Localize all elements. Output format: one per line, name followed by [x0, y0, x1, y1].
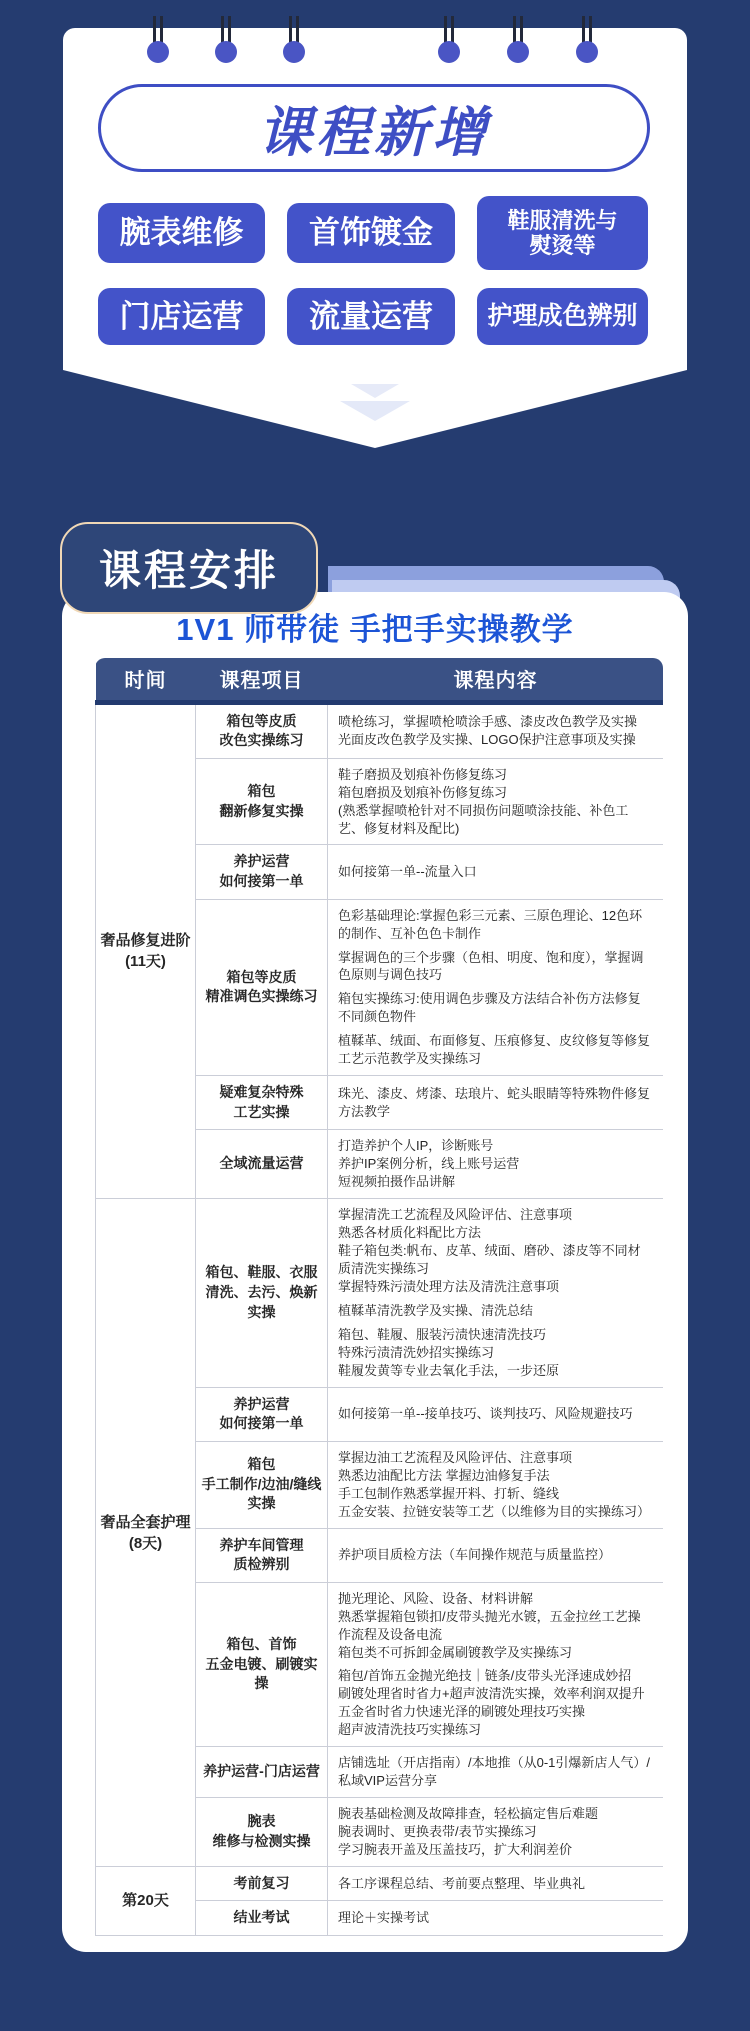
course-content-paragraph: 如何接第一单--接单技巧、谈判技巧、风险规避技巧	[338, 1405, 651, 1423]
course-item-cell: 养护运营 如何接第一单	[196, 1387, 328, 1441]
course-tag: 腕表维修	[98, 203, 265, 263]
course-content-paragraph: 喷枪练习，掌握喷枪喷涂手感、漆皮改色教学及实操 光面皮改色教学及实操、LOGO保…	[338, 713, 651, 749]
course-content-cell: 鞋子磨损及划痕补伤修复练习 箱包磨损及划痕补伤修复练习 (熟悉掌握喷枪针对不同损…	[328, 758, 664, 845]
course-item-cell: 疑难复杂特殊 工艺实操	[196, 1076, 328, 1130]
course-content-paragraph: 色彩基础理论:掌握色彩三元素、三原色理论、12色环的制作、互补色色卡制作	[338, 907, 651, 943]
binder-pin-icon	[576, 16, 598, 63]
schedule-card: 1V1 师带徒 手把手实操教学 时间 课程项目 课程内容 奢品修复进阶 (11天…	[62, 592, 688, 1952]
new-course-tags: 腕表维修首饰镀金鞋服清洗与 熨烫等门店运营流量运营护理成色辨别	[98, 196, 650, 346]
course-content-cell: 各工序课程总结、考前要点整理、毕业典礼	[328, 1866, 664, 1901]
table-row: 第20天考前复习各工序课程总结、考前要点整理、毕业典礼	[96, 1866, 664, 1901]
binder-pin-icon	[507, 16, 529, 63]
course-tag: 鞋服清洗与 熨烫等	[477, 196, 648, 270]
schedule-table-body: 奢品修复进阶 (11天)箱包等皮质 改色实操练习喷枪练习，掌握喷枪喷涂手感、漆皮…	[96, 702, 664, 1936]
binder-pin-icon	[147, 16, 169, 63]
course-content-paragraph: 各工序课程总结、考前要点整理、毕业典礼	[338, 1875, 651, 1893]
course-content-cell: 店铺选址（开店指南）/本地推（从0-1引爆新店人气）/私域VIP运营分享	[328, 1747, 664, 1798]
course-content-cell: 喷枪练习，掌握喷枪喷涂手感、漆皮改色教学及实操 光面皮改色教学及实操、LOGO保…	[328, 702, 664, 758]
course-item-cell: 箱包等皮质 精准调色实操练习	[196, 899, 328, 1076]
course-content-cell: 养护项目质检方法（车间操作规范与质量监控）	[328, 1528, 664, 1582]
course-item-cell: 箱包、鞋服、衣服 清洗、去污、焕新 实操	[196, 1199, 328, 1387]
course-item-cell: 考前复习	[196, 1866, 328, 1901]
binder-pin-icon	[215, 16, 237, 63]
chevron-down-icon	[340, 401, 410, 421]
course-content-paragraph: 植鞣革清洗教学及实操、清洗总结	[338, 1302, 651, 1320]
table-row: 奢品全套护理 (8天)箱包、鞋服、衣服 清洗、去污、焕新 实操掌握清洗工艺流程及…	[96, 1199, 664, 1387]
course-content-paragraph: 打造养护个人IP，诊断账号 养护IP案例分析，线上账号运营 短视频拍摄作品讲解	[338, 1137, 651, 1191]
course-content-paragraph: 养护项目质检方法（车间操作规范与质量监控）	[338, 1546, 651, 1564]
course-content-cell: 打造养护个人IP，诊断账号 养护IP案例分析，线上账号运营 短视频拍摄作品讲解	[328, 1130, 664, 1199]
time-cell: 奢品修复进阶 (11天)	[96, 702, 196, 1199]
course-item-cell: 养护运营-门店运营	[196, 1747, 328, 1798]
header-course-content: 课程内容	[328, 658, 664, 702]
binder-pin-icon	[438, 16, 460, 63]
course-item-cell: 箱包 翻新修复实操	[196, 758, 328, 845]
course-content-paragraph: 珠光、漆皮、烤漆、珐琅片、蛇头眼睛等特殊物件修复方法教学	[338, 1085, 651, 1121]
course-content-cell: 掌握边油工艺流程及风险评估、注意事项 熟悉边油配比方法 掌握边油修复手法 手工包…	[328, 1441, 664, 1528]
course-content-paragraph: 箱包实操练习:使用调色步骤及方法结合补伤方法修复不同颜色物件	[338, 990, 651, 1026]
header-time: 时间	[96, 658, 196, 702]
course-content-paragraph: 抛光理论、风险、设备、材料讲解 熟悉掌握箱包锁扣/皮带头抛光水镀，五金拉丝工艺操…	[338, 1590, 651, 1662]
course-content-cell: 如何接第一单--流量入口	[328, 845, 664, 899]
course-item-cell: 箱包、首饰 五金电镀、刷镀实操	[196, 1582, 328, 1747]
course-content-paragraph: 植鞣革、绒面、布面修复、压痕修复、皮纹修复等修复工艺示范教学及实操练习	[338, 1032, 651, 1068]
course-content-cell: 抛光理论、风险、设备、材料讲解 熟悉掌握箱包锁扣/皮带头抛光水镀，五金拉丝工艺操…	[328, 1582, 664, 1747]
table-row: 奢品修复进阶 (11天)箱包等皮质 改色实操练习喷枪练习，掌握喷枪喷涂手感、漆皮…	[96, 702, 664, 758]
course-content-paragraph: 掌握边油工艺流程及风险评估、注意事项 熟悉边油配比方法 掌握边油修复手法 手工包…	[338, 1449, 651, 1521]
course-item-cell: 箱包等皮质 改色实操练习	[196, 702, 328, 758]
time-cell: 奢品全套护理 (8天)	[96, 1199, 196, 1867]
schedule-badge-label: 课程安排	[99, 538, 279, 598]
course-content-cell: 掌握清洗工艺流程及风险评估、注意事项 熟悉各材质化料配比方法 鞋子箱包类:帆布、…	[328, 1199, 664, 1387]
course-tag: 首饰镀金	[287, 203, 455, 263]
course-content-paragraph: 掌握调色的三个步骤（色相、明度、饱和度），掌握调色原则与调色技巧	[338, 949, 651, 985]
course-item-cell: 全域流量运营	[196, 1130, 328, 1199]
course-content-cell: 珠光、漆皮、烤漆、珐琅片、蛇头眼睛等特殊物件修复方法教学	[328, 1076, 664, 1130]
course-item-cell: 养护运营 如何接第一单	[196, 845, 328, 899]
course-tag: 流量运营	[287, 288, 455, 345]
course-content-cell: 色彩基础理论:掌握色彩三元素、三原色理论、12色环的制作、互补色色卡制作掌握调色…	[328, 899, 664, 1076]
schedule-table-wrap: 时间 课程项目 课程内容 奢品修复进阶 (11天)箱包等皮质 改色实操练习喷枪练…	[95, 658, 663, 1936]
course-tag: 门店运营	[98, 288, 265, 345]
course-content-paragraph: 店铺选址（开店指南）/本地推（从0-1引爆新店人气）/私域VIP运营分享	[338, 1754, 651, 1790]
course-item-cell: 腕表 维修与检测实操	[196, 1798, 328, 1867]
binder-pin-icon	[283, 16, 305, 63]
course-item-cell: 养护车间管理 质检辨别	[196, 1528, 328, 1582]
header-course-item: 课程项目	[196, 658, 328, 702]
course-item-cell: 箱包 手工制作/边油/缝线 实操	[196, 1441, 328, 1528]
course-content-cell: 腕表基础检测及故障排查，轻松搞定售后难题 腕表调时、更换表带/表节实操练习 学习…	[328, 1798, 664, 1867]
new-courses-title-box: 课程新增	[98, 84, 650, 172]
chevron-down-icon	[351, 384, 399, 398]
course-content-paragraph: 如何接第一单--流量入口	[338, 863, 651, 881]
schedule-badge: 课程安排	[60, 522, 318, 614]
course-poster: { "colors": { "background_navy": "#253C7…	[0, 0, 750, 2031]
course-item-cell: 结业考试	[196, 1901, 328, 1936]
new-courses-title: 课程新增	[258, 90, 490, 167]
course-content-cell: 如何接第一单--接单技巧、谈判技巧、风险规避技巧	[328, 1387, 664, 1441]
course-content-paragraph: 箱包、鞋履、服装污渍快速清洗技巧 特殊污渍清洗妙招实操练习 鞋履发黄等专业去氧化…	[338, 1326, 651, 1380]
course-content-paragraph: 箱包/首饰五金抛光绝技｜链条/皮带头光泽速成妙招 刷镀处理省时省力+超声波清洗实…	[338, 1667, 651, 1739]
course-content-paragraph: 理论＋实操考试	[338, 1909, 651, 1927]
course-content-paragraph: 腕表基础检测及故障排查，轻松搞定售后难题 腕表调时、更换表带/表节实操练习 学习…	[338, 1805, 651, 1859]
time-cell: 第20天	[96, 1866, 196, 1935]
course-content-cell: 理论＋实操考试	[328, 1901, 664, 1936]
course-tag: 护理成色辨别	[477, 288, 648, 345]
schedule-table: 时间 课程项目 课程内容 奢品修复进阶 (11天)箱包等皮质 改色实操练习喷枪练…	[95, 658, 663, 1936]
course-content-paragraph: 鞋子磨损及划痕补伤修复练习 箱包磨损及划痕补伤修复练习 (熟悉掌握喷枪针对不同损…	[338, 766, 651, 838]
course-content-paragraph: 掌握清洗工艺流程及风险评估、注意事项 熟悉各材质化料配比方法 鞋子箱包类:帆布、…	[338, 1206, 651, 1296]
schedule-table-header: 时间 课程项目 课程内容	[96, 658, 664, 702]
